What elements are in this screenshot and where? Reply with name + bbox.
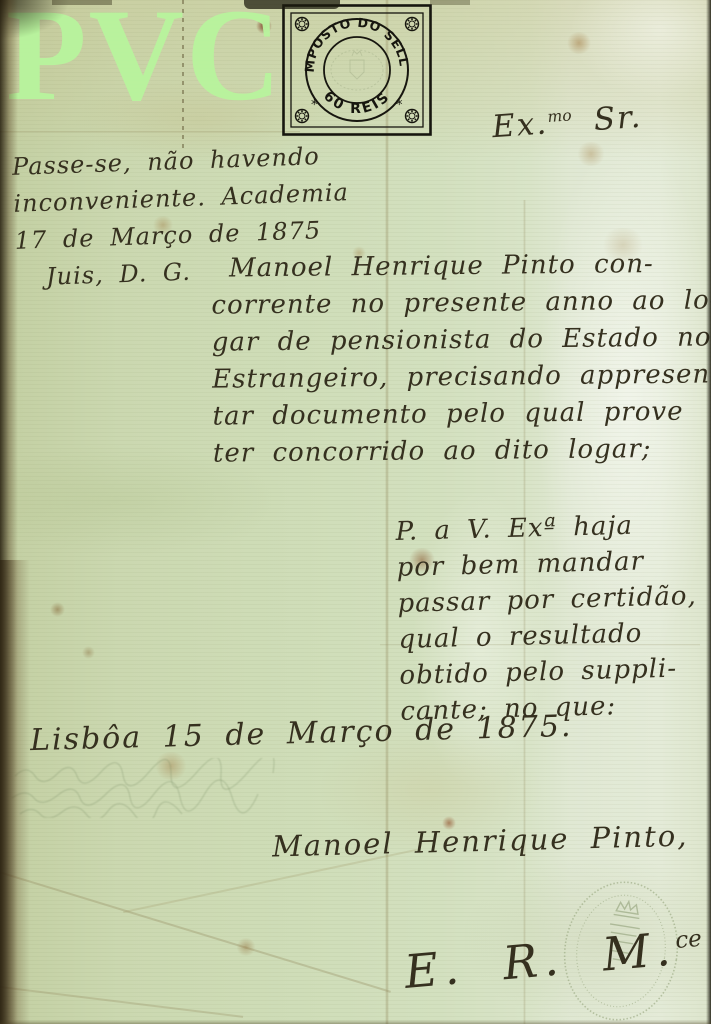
body-line: gar de pensionista do Estado no	[212, 319, 711, 361]
salutation-post: Sr.	[593, 99, 644, 138]
petition-paragraph: P. a V. Exª haja por bem mandar passar p…	[395, 506, 700, 730]
stain	[576, 142, 606, 166]
body-line: Manoel Henrique Pinto con-	[211, 245, 711, 287]
stain	[82, 646, 95, 659]
body-line: corrente no presente anno ao lo-	[211, 282, 711, 324]
stain	[50, 602, 65, 617]
vertical-fold-dotted	[182, 0, 184, 150]
document-page: IMPOSTO DO SELLO 60 REIS * * Ex.mo Sr. P…	[0, 0, 711, 1024]
svg-text:60 REIS: 60 REIS	[320, 88, 394, 117]
stamp-star-left: *	[311, 98, 318, 113]
diagonal-crease	[0, 865, 391, 993]
body-line: Estrangeiro, precisando appresen-	[212, 356, 711, 398]
stain	[236, 938, 256, 956]
body-line: tar documento pelo qual prove	[212, 393, 711, 435]
revenue-stamp: IMPOSTO DO SELLO 60 REIS * *	[282, 4, 432, 136]
stamp-star-right: *	[396, 98, 403, 113]
salutation-sup: mo	[547, 106, 572, 126]
diagonal-crease-2	[0, 984, 243, 1018]
closing-sup: ce	[674, 926, 703, 954]
vertical-fold-line	[385, 0, 389, 1024]
salutation: Ex.mo Sr.	[491, 99, 644, 145]
stamp-value-text: 60 REIS	[320, 88, 394, 117]
place-date-line: Lisbôa 15 de Março de 1875.	[30, 709, 573, 758]
salutation-pre: Ex.	[491, 105, 549, 145]
dark-top-edge-segment-2	[52, 0, 112, 5]
signature: Manoel Henrique Pinto,	[272, 819, 689, 864]
dark-right-edge	[706, 0, 711, 1024]
dark-top-edge-segment-3	[430, 0, 470, 5]
stain	[566, 32, 592, 54]
body-paragraph: Manoel Henrique Pinto con- corrente no p…	[211, 245, 711, 472]
dark-corner-top-left	[0, 0, 70, 40]
show-through-writing	[10, 758, 430, 818]
horizontal-crease	[0, 131, 300, 133]
stain	[256, 18, 272, 34]
body-line: ter concorrido ao dito logar;	[213, 430, 711, 472]
pvc-watermark: PVC	[6, 0, 283, 131]
